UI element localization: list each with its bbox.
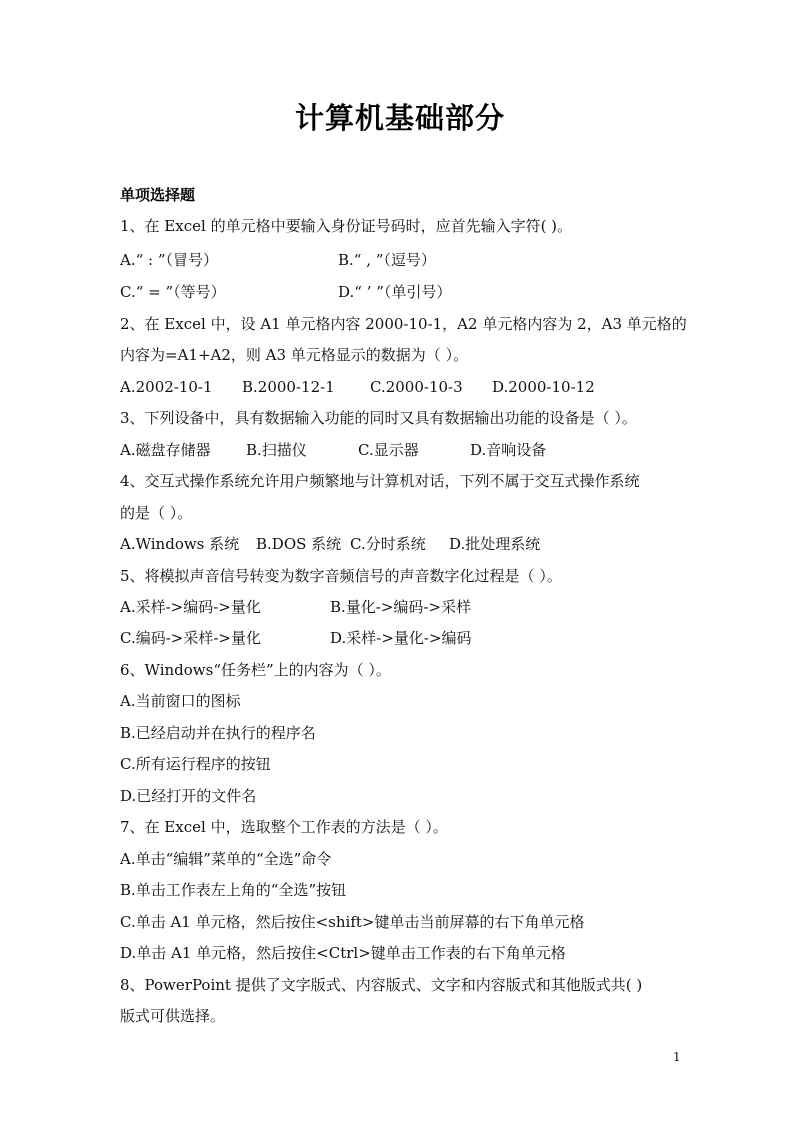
question-1-text: 1、在 Excel 的单元格中要输入身份证号码时，应首先输入字符( )。 — [120, 216, 572, 236]
question-6-option-a: A.当前窗口的图标 — [120, 691, 241, 711]
question-2-text-line2: 内容为=A1+A2，则 A3 单元格显示的数据为（ ）。 — [120, 345, 468, 365]
question-8-text-line2: 版式可供选择。 — [120, 1006, 225, 1026]
question-7-option-d: D.单击 A1 单元格，然后按住<Ctrl>键单击工作表的右下角单元格 — [120, 943, 566, 963]
question-7-text: 7、在 Excel 中，选取整个工作表的方法是（ ）。 — [120, 817, 448, 837]
question-5-option-d: D.采样->量化->编码 — [330, 628, 472, 648]
question-5-option-c: C.编码->采样->量化 — [120, 628, 261, 648]
question-2-option-a: A.2002-10-1 — [120, 377, 213, 397]
section-heading: 单项选择题 — [120, 184, 195, 205]
question-3-option-c: C.显示器 — [358, 440, 419, 460]
question-1-option-c: C.“ = ”（等号） — [120, 282, 226, 302]
question-4-text-line2: 的是（ ）。 — [120, 503, 192, 523]
question-2-option-d: D.2000-10-12 — [492, 377, 595, 397]
question-2-option-b: B.2000-12-1 — [242, 377, 335, 397]
question-5-text: 5、将模拟声音信号转变为数字音频信号的声音数字化过程是（ ）。 — [120, 566, 562, 586]
question-1-option-d: D.“ ’ ”（单引号） — [338, 282, 451, 302]
question-4-option-d: D.批处理系统 — [449, 534, 540, 554]
question-1-option-b: B.“ , ”（逗号） — [338, 250, 436, 270]
question-6-option-d: D.已经打开的文件名 — [120, 786, 256, 806]
question-3-text: 3、下列设备中，具有数据输入功能的同时又具有数据输出功能的设备是（ ）。 — [120, 408, 637, 428]
page-number: 1 — [673, 1050, 681, 1064]
question-4-option-b: B.DOS 系统 — [256, 534, 341, 554]
question-7-option-c: C.单击 A1 单元格，然后按住<shift>键单击当前屏幕的右下角单元格 — [120, 912, 585, 932]
question-3-option-d: D.音响设备 — [470, 440, 546, 460]
question-4-option-c: C.分时系统 — [350, 534, 426, 554]
question-8-text-line1: 8、PowerPoint 提供了文字版式、内容版式、文字和内容版式和其他版式共(… — [120, 975, 642, 995]
question-6-option-b: B.已经启动并在执行的程序名 — [120, 723, 316, 743]
document-page: 计算机基础部分 单项选择题 1、在 Excel 的单元格中要输入身份证号码时，应… — [0, 0, 800, 1132]
question-6-option-c: C.所有运行程序的按钮 — [120, 754, 271, 774]
question-4-option-a: A.Windows 系统 — [120, 534, 239, 554]
question-5-option-b: B.量化->编码->采样 — [330, 597, 471, 617]
question-1-option-a: A.“ : ”（冒号） — [120, 250, 218, 270]
question-3-option-a: A.磁盘存储器 — [120, 440, 211, 460]
question-2-option-c: C.2000-10-3 — [370, 377, 463, 397]
question-7-option-b: B.单击工作表左上角的“全选”按钮 — [120, 880, 346, 900]
question-5-option-a: A.采样->编码->量化 — [120, 597, 261, 617]
question-7-option-a: A.单击“编辑”菜单的“全选”命令 — [120, 849, 331, 869]
question-6-text: 6、Windows“任务栏”上的内容为（ ）。 — [120, 660, 391, 680]
question-3-option-b: B.扫描仪 — [246, 440, 307, 460]
question-2-text-line1: 2、在 Excel 中，设 A1 单元格内容 2000-10-1，A2 单元格内… — [120, 314, 687, 334]
page-title: 计算机基础部分 — [0, 96, 800, 137]
question-4-text-line1: 4、交互式操作系统允许用户频繁地与计算机对话，下列不属于交互式操作系统 — [120, 471, 640, 491]
